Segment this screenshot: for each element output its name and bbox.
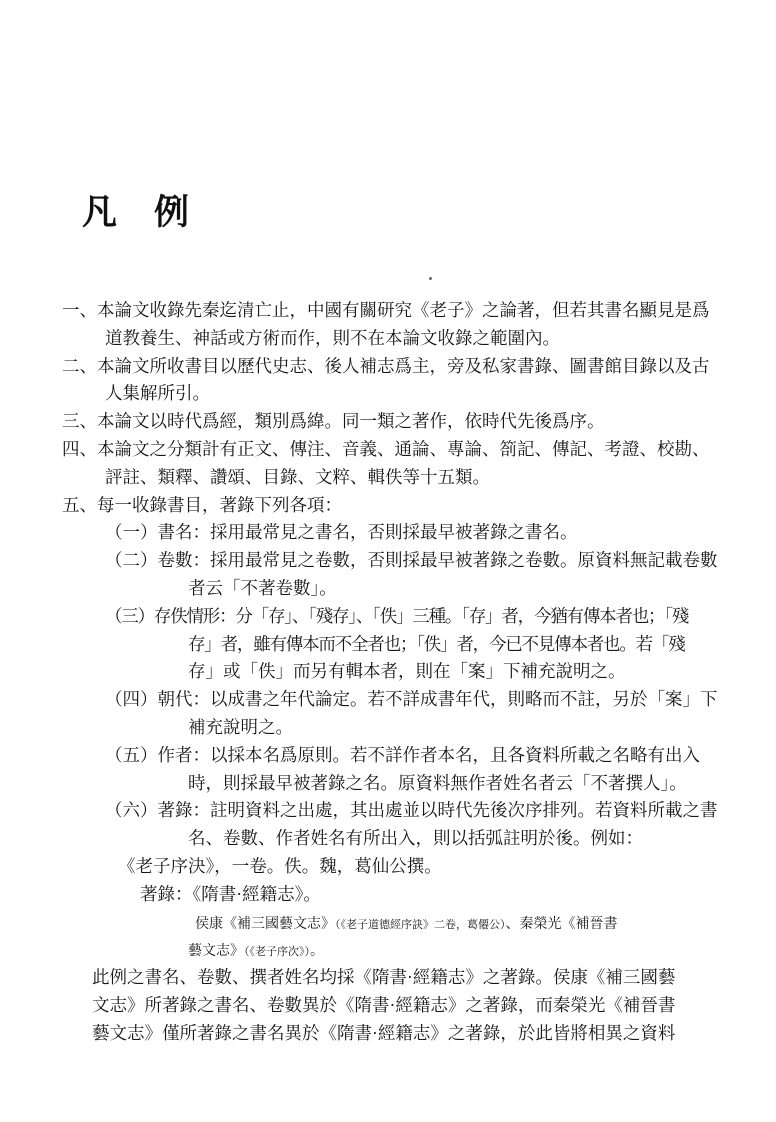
text-line: 存」或「佚」而另有輯本者，則在「案」下補充說明之。 [60,658,772,686]
text-line: 著錄：《隋書·經籍志》。 [60,881,772,909]
text-line: （四）朝代：以成書之年代論定。若不詳成書年代，則略而不註，另於「案」下 [60,686,772,714]
text-line: 藝文志》（《老子序次》）。 [60,936,772,964]
text-line: 時，則採最早被著錄之名。原資料無作者姓名者云「不著撰人」。 [60,770,772,798]
text-line: 道教養生、神話或方術而作，則不在本論文收錄之範圍內。 [60,325,772,353]
text-line: 一、本論文收錄先秦迄清亡止，中國有關研究《老子》之論著，但若其書名顯見是爲 [60,297,772,325]
text-line: 侯康《補三國藝文志》（《老子道德經序訣》二卷，葛僊公）、秦榮光《補晉書 [60,909,772,937]
document-page: 凡 例 一、本論文收錄先秦迄清亡止，中國有關研究《老子》之論著，但若其書名顯見是… [0,0,776,1122]
text-segment: （《老子序次》） [244,946,310,958]
text-line: 存」者，雖有傳本而不全者也；「佚」者，今已不見傳本者也。若「殘 [60,631,772,659]
text-line: （六）著錄：註明資料之出處，其出處並以時代先後次序排列。若資料所載之書 [60,797,772,825]
text-line: 評註、類釋、讚頌、目錄、文粹、輯佚等十五類。 [60,464,772,492]
body-text: 一、本論文收錄先秦迄清亡止，中國有關研究《老子》之論著，但若其書名顯見是爲道教養… [60,297,772,1048]
text-line: （五）作者：以採本名爲原則。若不詳作者本名，且各資料所載之名略有出入 [60,742,772,770]
text-line: 二、本論文所收書目以歷代史志、後人補志爲主，旁及私家書錄、圖書館目錄以及古 [60,353,772,381]
text-line: 藝文志》僅所著錄之書名異於《隋書·經籍志》之著錄，於此皆將相異之資料 [60,1020,772,1048]
text-segment: 侯康《補三國藝文志》 [195,917,335,932]
text-line: （一）書名：採用最常見之書名，否則採最早被著錄之書名。 [60,519,772,547]
text-segment: 藝文志》 [188,944,244,959]
text-line: 者云「不著卷數」。 [60,575,772,603]
text-segment: 。 [310,944,324,959]
text-line: 補充說明之。 [60,714,772,742]
text-line: 文志》所著錄之書名、卷數異於《隋書·經籍志》之著錄，而秦榮光《補晉書 [60,992,772,1020]
text-line: （二）卷數：採用最常見之卷數，否則採最早被著錄之卷數。原資料無記載卷數 [60,547,772,575]
text-segment: 、秦榮光《補晉書 [506,917,618,932]
text-line: 此例之書名、卷數、撰者姓名均採《隋書·經籍志》之著錄。侯康《補三國藝 [60,964,772,992]
text-line: 三、本論文以時代爲經，類別爲緯。同一類之著作，依時代先後爲序。 [60,408,772,436]
scan-speck [429,277,432,280]
text-line: 人集解所引。 [60,380,772,408]
text-line: 五、每一收錄書目，著錄下列各項： [60,492,772,520]
text-segment: （《老子道德經序訣》二卷，葛僊公） [335,919,506,931]
text-line: （三）存佚情形：分「存」、「殘存」、「佚」三種。「存」者，今猶有傳本者也；「殘 [60,603,772,631]
text-line: 名、卷數、作者姓名有所出入，則以括弧註明於後。例如： [60,825,772,853]
text-line: 《老子序決》，一卷。佚。魏，葛仙公撰。 [60,853,772,881]
text-line: 四、本論文之分類計有正文、傳注、音義、通論、專論、箚記、傳記、考證、校勘、 [60,436,772,464]
page-title: 凡 例 [82,185,190,235]
